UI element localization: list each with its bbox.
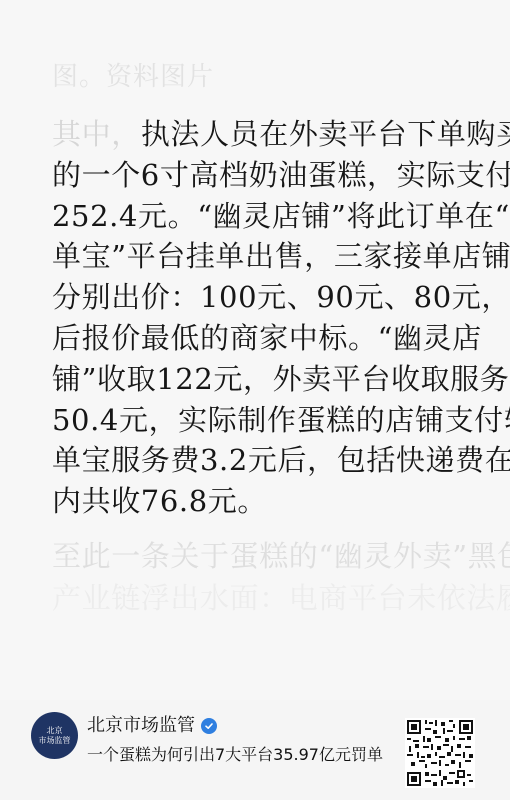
account-name-row[interactable]: 北京市场监管 bbox=[87, 714, 217, 738]
faded-line: 产业链浮出水面：电商平台未依法履 bbox=[52, 577, 462, 619]
verified-badge-icon bbox=[201, 718, 217, 734]
article-paragraph: 其中，执法人员在外卖平台下单购买 的一个6寸高档奶油蛋糕，实际支付 252.4元… bbox=[52, 114, 462, 522]
article-line: 单宝”平台挂单出售，三家接单店铺 bbox=[52, 236, 462, 277]
account-name: 北京市场监管 bbox=[87, 714, 195, 738]
article-line: 的一个6寸高档奶油蛋糕，实际支付 bbox=[52, 155, 462, 196]
article-line: 分别出价：100元、90元、80元，最 bbox=[52, 277, 462, 318]
article-headline[interactable]: 一个蛋糕为何引出7大平台35.97亿元罚单 bbox=[87, 744, 387, 766]
article-line: 50.4元，实际制作蛋糕的店铺支付转 bbox=[52, 400, 462, 441]
qr-code-icon bbox=[405, 718, 475, 788]
article-line: 252.4元。“幽灵店铺”将此订单在“转 bbox=[52, 196, 462, 237]
article-line: 后报价最低的商家中标。“幽灵店 bbox=[52, 318, 462, 359]
account-avatar[interactable]: 北京 市场监管 bbox=[31, 712, 78, 759]
image-caption: 图。资料图片 bbox=[52, 60, 214, 94]
article-line: 内共收76.8元。 bbox=[52, 481, 462, 522]
article-line: 铺”收取122元，外卖平台收取服务费 bbox=[52, 359, 462, 400]
article-line: 单宝服务费3.2元后，包括快递费在 bbox=[52, 440, 462, 481]
faded-line: 至此一条关于蛋糕的“幽灵外卖”黑色 bbox=[52, 535, 462, 577]
faded-paragraph: 至此一条关于蛋糕的“幽灵外卖”黑色 产业链浮出水面：电商平台未依法履 bbox=[52, 535, 462, 619]
article-line: 其中，执法人员在外卖平台下单购买 bbox=[52, 114, 462, 155]
article-lead: 其中， bbox=[52, 117, 141, 151]
share-card-footer: 北京 市场监管 北京市场监管 一个蛋糕为何引出7大平台35.97亿元罚单 bbox=[0, 700, 510, 800]
